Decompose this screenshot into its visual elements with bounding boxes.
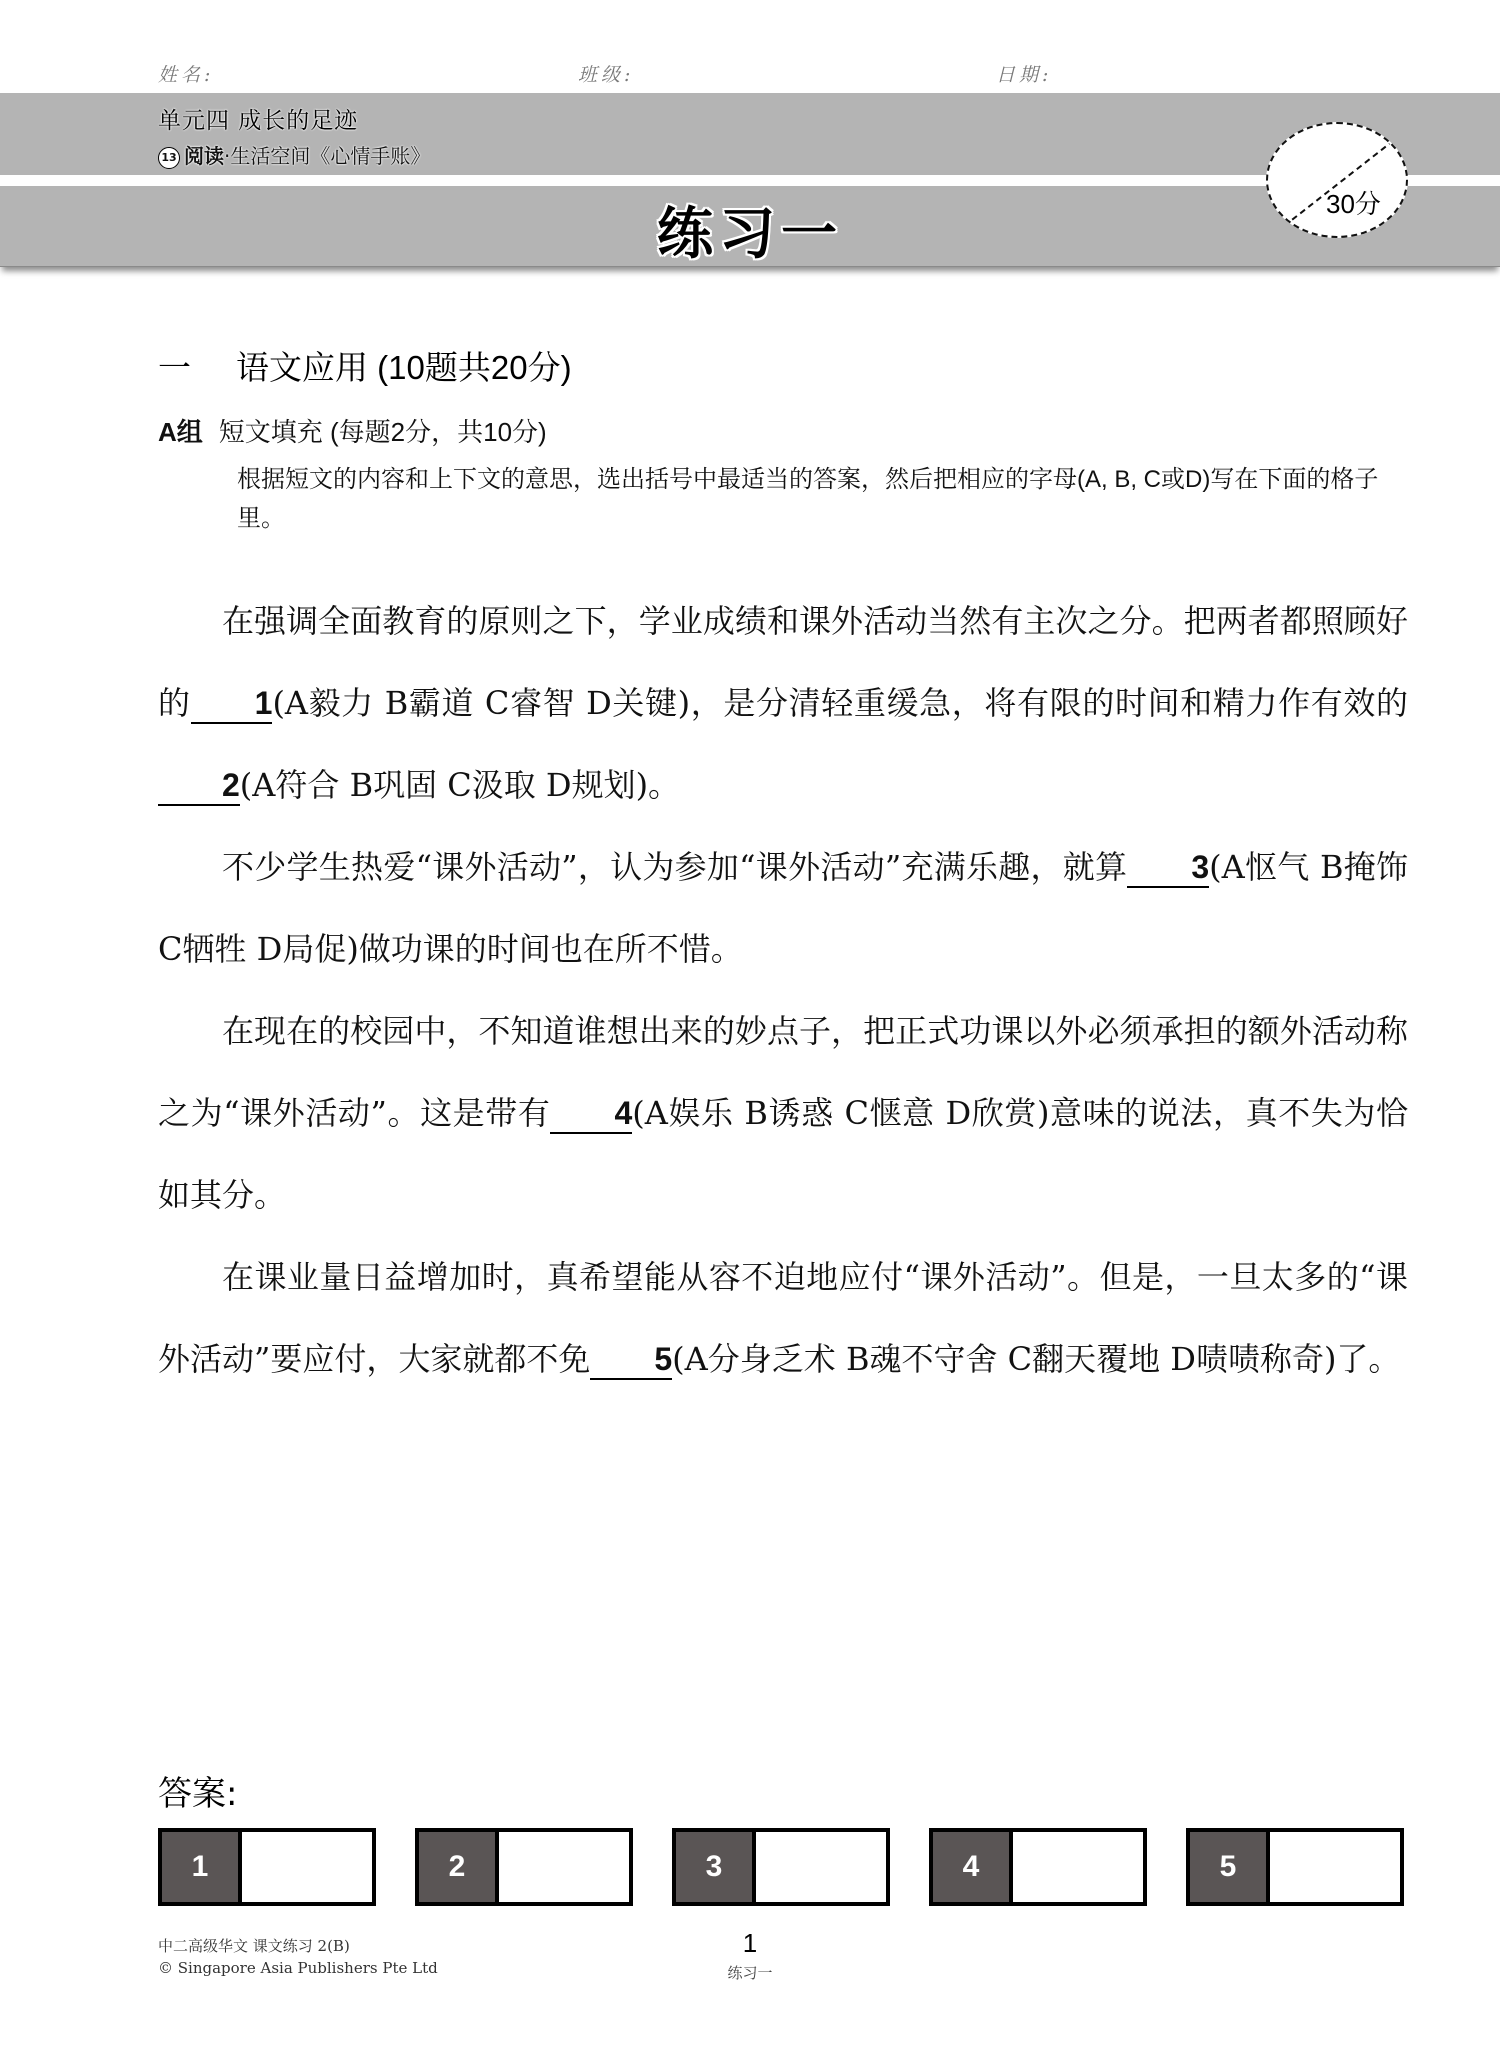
answer-number: 3	[676, 1832, 756, 1902]
lesson-type: 阅读	[184, 144, 224, 168]
blank-3: 3	[1127, 848, 1209, 888]
passage: 在强调全面教育的原则之下，学业成绩和课外活动当然有主次之分。把两者都照顾好的1(…	[158, 580, 1408, 1400]
class-field-label: 班级:	[578, 60, 634, 87]
paragraph-2: 不少学生热爱“课外活动”，认为参加“课外活动”充满乐趣，就算3(A怄气 B掩饰 …	[158, 826, 1408, 990]
paragraph-3: 在现在的校园中，不知道谁想出来的妙点子，把正式功课以外必须承担的额外活动称之为“…	[158, 990, 1408, 1236]
answer-number: 5	[1190, 1832, 1270, 1902]
answer-field[interactable]	[1270, 1832, 1400, 1902]
answer-box-3[interactable]: 3	[672, 1828, 890, 1906]
answer-number: 1	[162, 1832, 242, 1902]
answer-box-1[interactable]: 1	[158, 1828, 376, 1906]
score-circle: 30分	[1266, 122, 1408, 238]
blank-5: 5	[590, 1340, 672, 1380]
answer-field[interactable]	[499, 1832, 629, 1902]
answer-field[interactable]	[242, 1832, 372, 1902]
answers-label: 答案:	[158, 1766, 237, 1815]
answer-field[interactable]	[1013, 1832, 1143, 1902]
date-field-label: 日期:	[996, 60, 1052, 87]
total-score: 30分	[1326, 184, 1381, 221]
instructions: 根据短文的内容和上下文的意思，选出括号中最适当的答案，然后把相应的字母(A, B…	[237, 460, 1417, 538]
section-heading: 一语文应用 (10题共20分)	[158, 342, 572, 389]
answer-field[interactable]	[756, 1832, 886, 1902]
answer-number: 4	[933, 1832, 1013, 1902]
lesson-name: 生活空间《心情手账》	[230, 144, 430, 168]
section-number: 一	[158, 342, 236, 389]
answer-number: 2	[419, 1832, 499, 1902]
page-number: 1	[0, 1928, 1500, 1959]
answer-box-4[interactable]: 4	[929, 1828, 1147, 1906]
page-label: 练习一	[0, 1962, 1500, 1983]
answer-box-2[interactable]: 2	[415, 1828, 633, 1906]
group-heading: A组短文填充 (每题2分，共10分)	[158, 412, 547, 449]
answer-box-5[interactable]: 5	[1186, 1828, 1404, 1906]
lesson-number-badge: 13	[158, 147, 180, 169]
blank-1: 1	[191, 684, 273, 724]
paragraph-1: 在强调全面教育的原则之下，学业成绩和课外活动当然有主次之分。把两者都照顾好的1(…	[158, 580, 1408, 826]
section-title: 语文应用 (10题共20分)	[236, 349, 572, 386]
group-title: 短文填充 (每题2分，共10分)	[219, 417, 547, 447]
name-field-label: 姓名:	[158, 60, 214, 87]
blank-4: 4	[550, 1094, 632, 1134]
lesson-subtitle: 13阅读·生活空间《心情手账》	[158, 140, 430, 169]
paragraph-4: 在课业量日益增加时，真希望能从容不迫地应付“课外活动”。但是，一旦太多的“课外活…	[158, 1236, 1408, 1400]
unit-title: 单元四 成长的足迹	[158, 102, 358, 135]
blank-2: 2	[158, 766, 240, 806]
group-label: A组	[158, 417, 203, 447]
